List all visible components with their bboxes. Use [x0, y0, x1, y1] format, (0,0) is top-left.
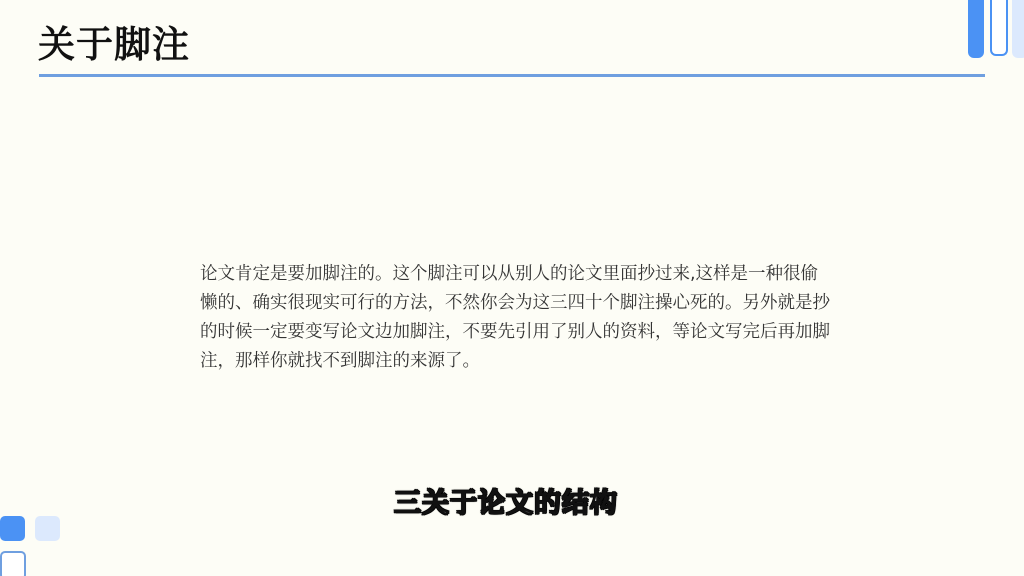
slide-body-text: 论文肯定是要加脚注的。这个脚注可以从别人的论文里面抄过来,这样是一种很偷懒的、确…: [200, 260, 832, 376]
deco-bar-outline: [990, 0, 1008, 56]
deco-square-light: [35, 516, 60, 541]
slide-title: 关于脚注: [38, 14, 190, 68]
deco-square-filled: [0, 516, 25, 541]
bottom-left-decoration: [0, 516, 70, 576]
title-divider: [39, 74, 985, 77]
video-subtitle: 三关于论文的结构: [394, 481, 618, 520]
deco-bar-light: [1012, 0, 1024, 58]
top-right-decoration: [964, 0, 1024, 60]
deco-bar-filled: [968, 0, 984, 58]
deco-square-outline: [0, 551, 26, 576]
